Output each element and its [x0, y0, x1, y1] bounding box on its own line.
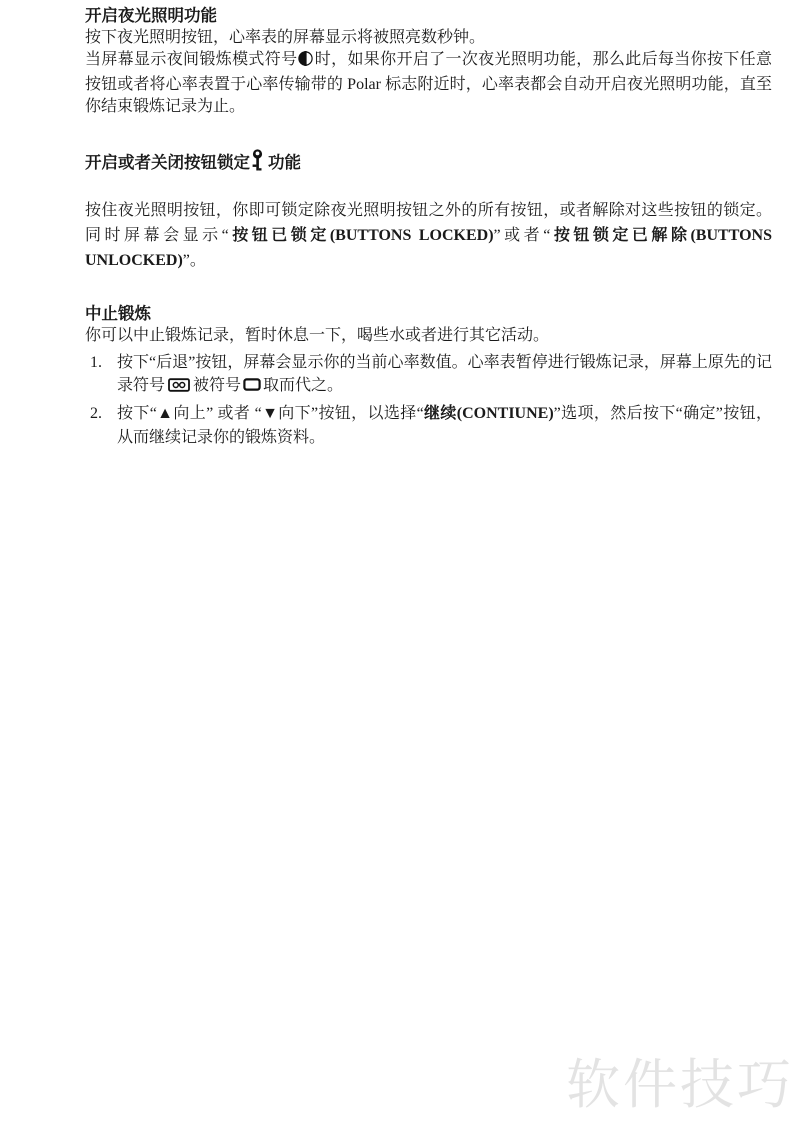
pause-rectangle-icon	[243, 375, 261, 398]
list-item: 1.按下“后退”按钮，屏幕会显示你的当前心率数值。心率表暂停进行锻炼记录，屏幕上…	[85, 351, 772, 399]
lock-para-run2: ”或者“	[494, 227, 551, 244]
section-backlight: 开启夜光照明功能 按下夜光照明按钮，心率表的屏幕显示将被照亮数秒钟。 当屏幕显示…	[85, 4, 772, 119]
section-button-lock-para: 按住夜光照明按钮，你即可锁定除夜光照明按钮之外的所有按钮，或者解除对这些按钮的锁…	[85, 198, 772, 273]
heading-text-before: 开启或者关闭按钮锁定	[85, 153, 250, 172]
lock-para-run3: ”。	[183, 252, 206, 269]
key-icon	[251, 149, 264, 181]
watermark: 软件技巧	[566, 1042, 794, 1119]
step1-run3: 取而代之。	[263, 377, 343, 394]
heading-text-after: 功能	[268, 153, 301, 172]
section-button-lock: 开启或者关闭按钮锁定功能 按住夜光照明按钮，你即可锁定除夜光照明按钮之外的所有按…	[85, 149, 772, 273]
continue-text: 继续(CONTIUNE)	[424, 405, 554, 422]
section-backlight-para2: 当屏幕显示夜间锻炼模式符号时，如果你开启了一次夜光照明功能，那么此后每当你按下任…	[85, 49, 772, 118]
page-content: 开启夜光照明功能 按下夜光照明按钮，心率表的屏幕显示将被照亮数秒钟。 当屏幕显示…	[85, 4, 772, 452]
para2-text-before: 当屏幕显示夜间锻炼模式符号	[85, 51, 297, 68]
section-button-lock-heading: 开启或者关闭按钮锁定功能	[85, 149, 772, 181]
section-backlight-heading: 开启夜光照明功能	[85, 4, 772, 27]
section-pause-heading: 中止锻炼	[85, 302, 772, 325]
step2-run1: 按下“▲向上” 或者 “▼向下”按钮，以选择“	[117, 405, 424, 422]
section-pause-intro: 你可以中止锻炼记录，暂时休息一下，喝些水或者进行其它活动。	[85, 325, 772, 347]
buttons-locked-text: 按钮已锁定(BUTTONS LOCKED)	[229, 227, 494, 244]
step1-run2: 被符号	[193, 377, 241, 394]
pause-steps-list: 1.按下“后退”按钮，屏幕会显示你的当前心率数值。心率表暂停进行锻炼记录，屏幕上…	[85, 351, 772, 449]
list-item-number: 2.	[90, 402, 102, 425]
recording-symbol-icon	[168, 376, 190, 399]
section-pause-exercise: 中止锻炼 你可以中止锻炼记录，暂时休息一下，喝些水或者进行其它活动。 1.按下“…	[85, 302, 772, 449]
document-page: 开启夜光照明功能 按下夜光照明按钮，心率表的屏幕显示将被照亮数秒钟。 当屏幕显示…	[0, 0, 800, 1132]
list-item-number: 1.	[90, 351, 102, 374]
section-backlight-para1: 按下夜光照明按钮，心率表的屏幕显示将被照亮数秒钟。	[85, 27, 772, 49]
list-item: 2.按下“▲向上” 或者 “▼向下”按钮，以选择“继续(CONTIUNE)”选项…	[85, 402, 772, 448]
night-exercise-mode-icon	[298, 51, 313, 73]
